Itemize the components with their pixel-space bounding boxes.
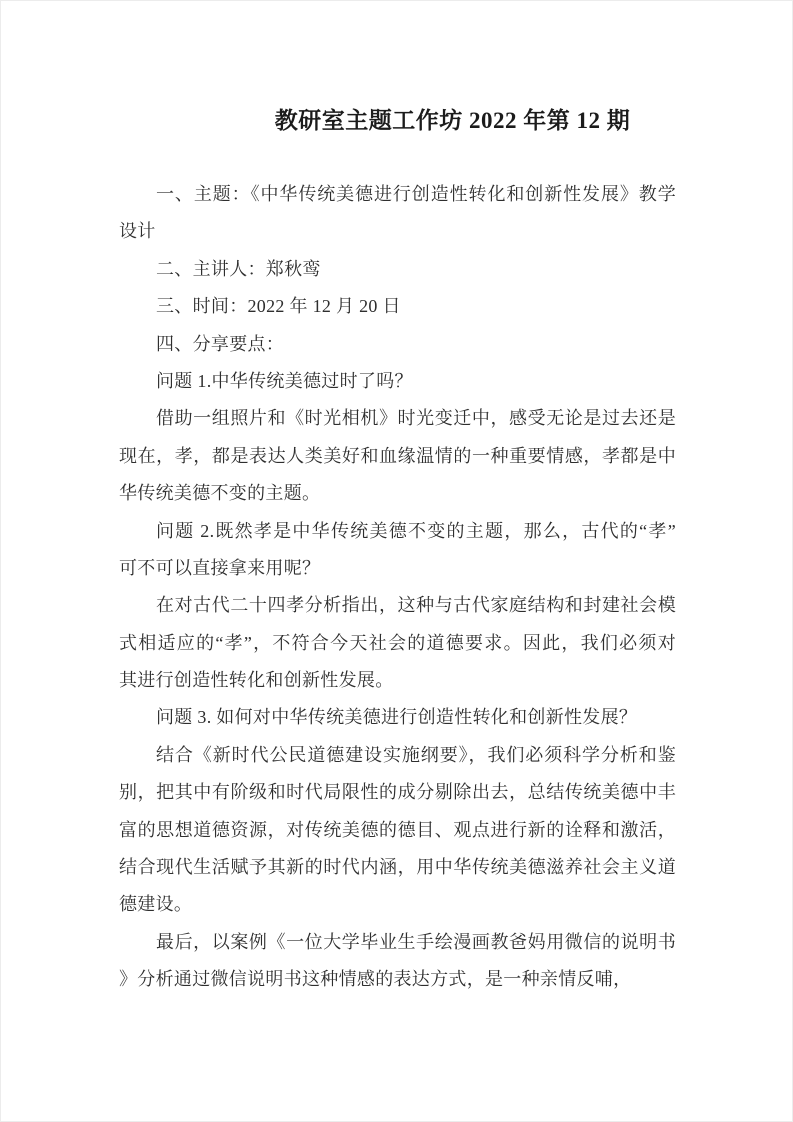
- text-line: 最后，以案例《一位大学毕业生手绘漫画教爸妈用微信的说明书: [119, 924, 676, 961]
- document-body: 一、主题：《中华传统美德进行创造性转化和创新性发展》教学设计二、主讲人：郑秋鸾三…: [119, 176, 676, 999]
- text-line: 结合现代生活赋予其新的时代内涵，用中华传统美德滋养社会主义道: [119, 849, 676, 886]
- text-line: 一、主题：《中华传统美德进行创造性转化和创新性发展》教学: [119, 176, 676, 213]
- text-line: 德建设。: [119, 886, 676, 923]
- text-line: 二、主讲人：郑秋鸾: [119, 251, 676, 288]
- text-line: 三、时间：2022 年 12 月 20 日: [119, 288, 676, 325]
- text-line: 式相适应的“孝”，不符合今天社会的道德要求。因此，我们必须对: [119, 625, 676, 662]
- document-title: 教研室主题工作坊 2022 年第 12 期: [229, 103, 676, 139]
- text-line: 可不可以直接拿来用呢？: [119, 550, 676, 587]
- text-line: 结合《新时代公民道德建设实施纲要》，我们必须科学分析和鉴: [119, 737, 676, 774]
- text-line: 其进行创造性转化和创新性发展。: [119, 662, 676, 699]
- text-line: 别，把其中有阶级和时代局限性的成分剔除出去，总结传统美德中丰: [119, 774, 676, 811]
- document-page: 教研室主题工作坊 2022 年第 12 期 一、主题：《中华传统美德进行创造性转…: [0, 0, 793, 1122]
- text-line: 华传统美德不变的主题。: [119, 475, 676, 512]
- text-line: 》分析通过微信说明书这种情感的表达方式，是一种亲情反哺，: [119, 961, 676, 998]
- text-line: 富的思想道德资源，对传统美德的德目、观点进行新的诠释和激活，: [119, 812, 676, 849]
- text-line: 在对古代二十四孝分析指出，这种与古代家庭结构和封建社会模: [119, 587, 676, 624]
- text-line: 四、分享要点：: [119, 326, 676, 363]
- text-line: 问题 2.既然孝是中华传统美德不变的主题，那么，古代的“孝”: [119, 513, 676, 550]
- text-line: 现在，孝，都是表达人类美好和血缘温情的一种重要情感，孝都是中: [119, 438, 676, 475]
- text-line: 设计: [119, 213, 676, 250]
- text-line: 问题 1.中华传统美德过时了吗？: [119, 363, 676, 400]
- text-line: 借助一组照片和《时光相机》时光变迁中，感受无论是过去还是: [119, 400, 676, 437]
- text-line: 问题 3. 如何对中华传统美德进行创造性转化和创新性发展？: [119, 699, 676, 736]
